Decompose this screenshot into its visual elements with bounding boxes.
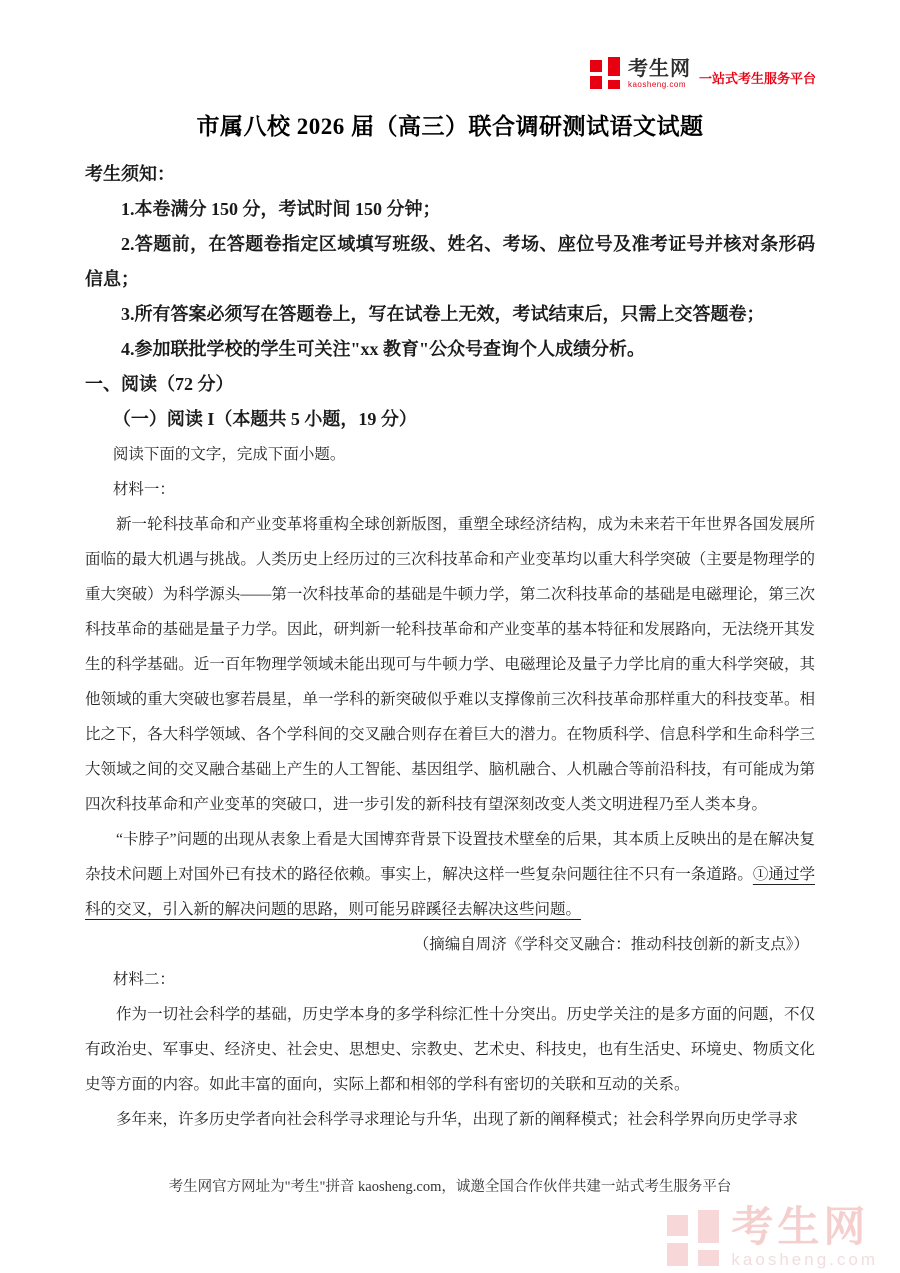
watermark-domain: kaosheng.com [731,1251,878,1268]
brand-tagline: 一站式考生服务平台 [699,68,816,87]
brand-domain: kaosheng.com [628,81,691,89]
material-two-label: 材料二： [85,962,815,997]
notice-item-2: 2.答题前，在答题卷指定区域填写班级、姓名、考场、座位号及准考证号并核对条形码信… [85,227,815,297]
brand-logo: 考生网 kaosheng.com 一站式考生服务平台 [590,57,816,89]
watermark-text-block: 考生网 kaosheng.com [731,1206,878,1268]
page-title: 市属八校 2026 届（高三）联合调研测试语文试题 [85,108,815,141]
notice-item-1: 1.本卷满分 150 分，考试时间 150 分钟； [85,192,815,227]
material-two-paragraph-2: 多年来，许多历史学者向社会科学寻求理论与升华，出现了新的阐释模式；社会科学界向历… [85,1102,815,1137]
watermark-name: 考生网 [731,1206,878,1248]
notice-heading: 考生须知： [85,157,815,192]
kaosheng-watermark-icon [667,1210,719,1266]
brand-name-block: 考生网 kaosheng.com [628,59,691,89]
notice-item-3: 3.所有答案必须写在答题卷上，写在试卷上无效，考试结束后，只需上交答题卷； [85,297,815,332]
material-two-paragraph-1: 作为一切社会科学的基础，历史学本身的多学科综汇性十分突出。历史学关注的是多方面的… [85,997,815,1102]
kaosheng-logo-icon [590,57,620,89]
section-heading: 一、阅读（72 分） [85,367,815,402]
material-one-attribution: （摘编自周济《学科交叉融合：推动科技创新的新支点》） [85,927,815,962]
section-subheading: （一）阅读 I（本题共 5 小题，19 分） [85,402,815,437]
reading-instruction: 阅读下面的文字，完成下面小题。 [85,437,815,472]
notice-item-4: 4.参加联批学校的学生可关注"xx 教育"公众号查询个人成绩分析。 [85,332,815,367]
brand-name: 考生网 [628,59,691,79]
material-one-label: 材料一： [85,472,815,507]
exam-page: 考生网 kaosheng.com 一站式考生服务平台 市属八校 2026 届（高… [0,0,900,1273]
material-one-paragraph-2-plain: “卡脖子”问题的出现从表象上看是大国博弈背景下设置技术壁垒的后果，其本质上反映出… [85,831,815,883]
footer-text: 考生网官方网址为"考生"拼音 kaosheng.com，诚邀全国合作伙伴共建一站… [0,1175,900,1196]
material-one-paragraph-1: 新一轮科技革命和产业变革将重构全球创新版图，重塑全球经济结构，成为未来若干年世界… [85,507,815,822]
material-one-paragraph-2: “卡脖子”问题的出现从表象上看是大国博弈背景下设置技术壁垒的后果，其本质上反映出… [85,822,815,927]
document-body: 市属八校 2026 届（高三）联合调研测试语文试题 考生须知： 1.本卷满分 1… [85,108,815,1137]
watermark-logo: 考生网 kaosheng.com [667,1206,878,1268]
